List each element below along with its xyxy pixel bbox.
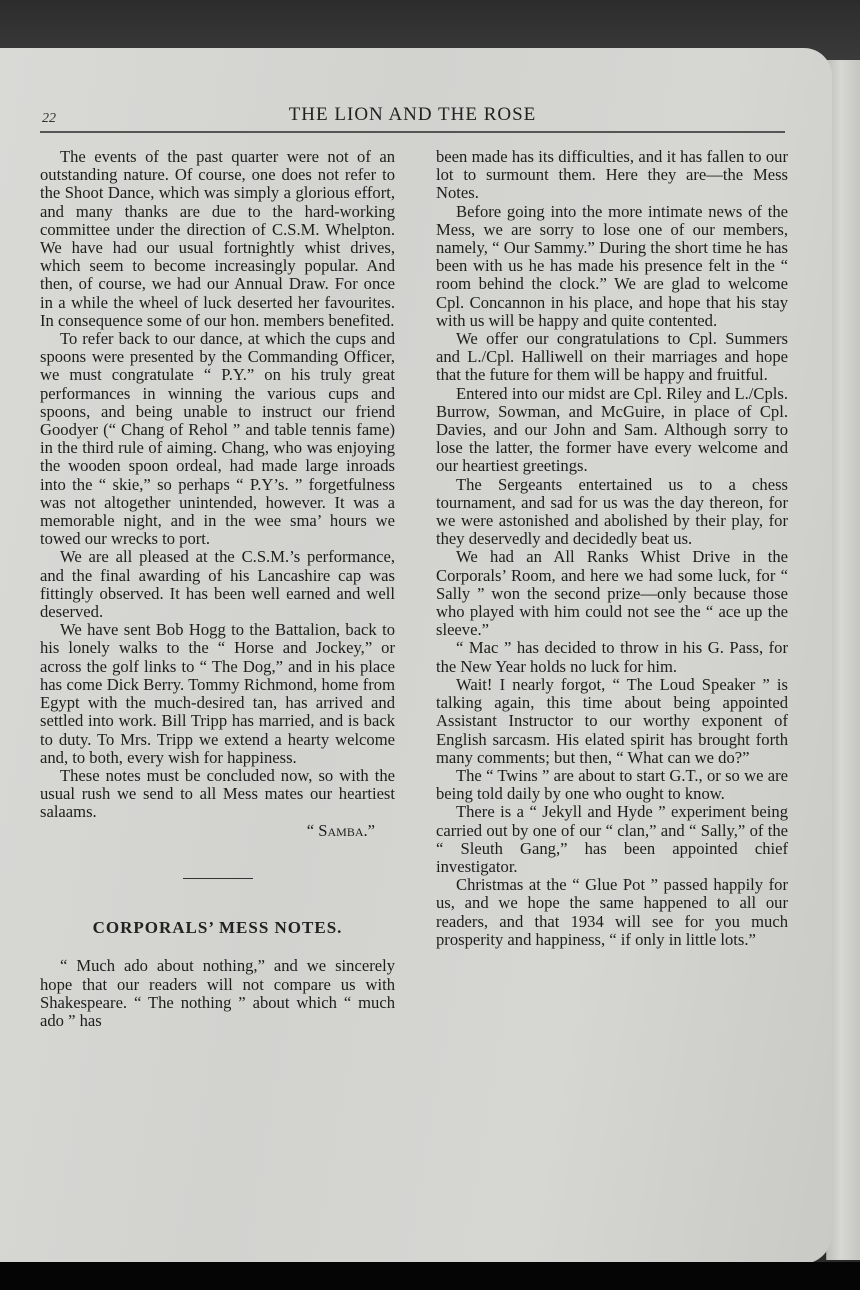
paragraph: Christmas at the “ Glue Pot ” passed hap… — [436, 876, 788, 949]
right-column: been made has its difficulties, and it h… — [436, 148, 788, 949]
paragraph: The Sergeants entertained us to a chess … — [436, 476, 788, 549]
header-rule — [40, 131, 785, 133]
journal-title: THE LION AND THE ROSE — [40, 104, 785, 126]
paragraph: We have sent Bob Hogg to the Battalion, … — [40, 621, 395, 767]
paragraph: been made has its difficulties, and it h… — [436, 148, 788, 203]
section-divider — [183, 878, 253, 880]
paragraph: Before going into the more intimate news… — [436, 203, 788, 330]
paragraph: We had an All Ranks Whist Drive in the C… — [436, 548, 788, 639]
paragraph: We offer our congratulations to Cpl. Sum… — [436, 330, 788, 385]
paragraph: To refer back to our dance, at which the… — [40, 330, 395, 548]
paragraph: “ Much ado about nothing,” and we sincer… — [40, 957, 395, 1030]
paragraph: The “ Twins ” are about to start G.T., o… — [436, 767, 788, 803]
running-head: 22 THE LION AND THE ROSE — [40, 100, 785, 132]
paragraph: Entered into our midst are Cpl. Riley an… — [436, 385, 788, 476]
paragraph: There is a “ Jekyll and Hyde ” experimen… — [436, 803, 788, 876]
paragraph: Wait! I nearly forgot, “ The Loud Speake… — [436, 676, 788, 767]
paragraph: We are all pleased at the C.S.M.’s perfo… — [40, 548, 395, 621]
left-column: The events of the past quarter were not … — [40, 148, 395, 1030]
paragraph: The events of the past quarter were not … — [40, 148, 395, 330]
section-title: CORPORALS’ MESS NOTES. — [40, 919, 395, 937]
signature: “ Samba.” — [40, 822, 395, 840]
paragraph: These notes must be concluded now, so wi… — [40, 767, 395, 822]
background-bottom — [0, 1262, 860, 1290]
paragraph: “ Mac ” has decided to throw in his G. P… — [436, 639, 788, 675]
